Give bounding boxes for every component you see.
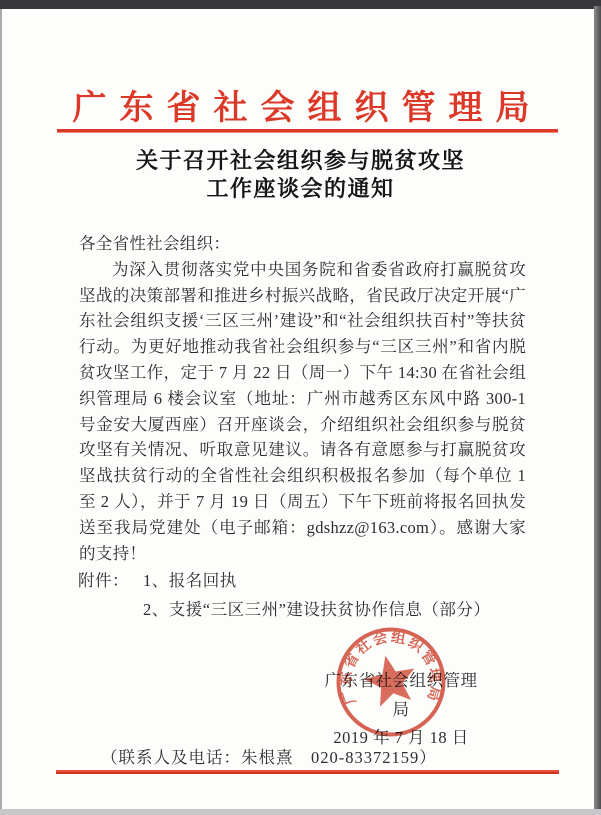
- attachments-section: 附件： 1、报名回执 2、支援“三区三州”建设扶贫协作信息（部分）: [78, 566, 490, 624]
- seal-star-icon: [360, 650, 420, 708]
- document-title: 关于召开社会组织参与脱贫攻坚 工作座谈会的通知: [0, 147, 601, 203]
- attachment-item-2: 2、支援“三区三州”建设扶贫协作信息（部分）: [143, 595, 490, 624]
- document-page: 广东省社会组织管理局 关于召开社会组织参与脱贫攻坚 工作座谈会的通知 各全省性社…: [0, 0, 601, 815]
- document-body: 各全省性社会组织： 为深入贯彻落实党中央国务院和省委省政府打赢脱贫攻坚战的决策部…: [79, 231, 526, 566]
- body-paragraph: 为深入贯彻落实党中央国务院和省委省政府打赢脱贫攻坚战的决策部署和推进乡村振兴战略…: [79, 257, 526, 567]
- attachments-list: 1、报名回执 2、支援“三区三州”建设扶贫协作信息（部分）: [143, 566, 490, 624]
- attachment-item-1: 1、报名回执: [143, 566, 490, 595]
- scan-edge-bottom: [0, 809, 601, 815]
- attachments-label: 附件：: [78, 566, 129, 624]
- letterhead-rule: [57, 129, 558, 133]
- letterhead-agency-name: 广东省社会组织管理局: [0, 80, 601, 129]
- salutation: 各全省性社会组织：: [79, 231, 526, 257]
- scan-edge-top: [0, 0, 601, 9]
- scan-edge-left: [0, 9, 2, 809]
- official-seal: 广东省社会组织管理局: [332, 623, 450, 741]
- document-title-line1: 关于召开社会组织参与脱贫攻坚: [0, 147, 601, 175]
- bottom-rule: [56, 770, 559, 774]
- contact-line: （联系人及电话：朱根熹 020-83372159）: [101, 744, 437, 768]
- document-title-line2: 工作座谈会的通知: [0, 175, 601, 203]
